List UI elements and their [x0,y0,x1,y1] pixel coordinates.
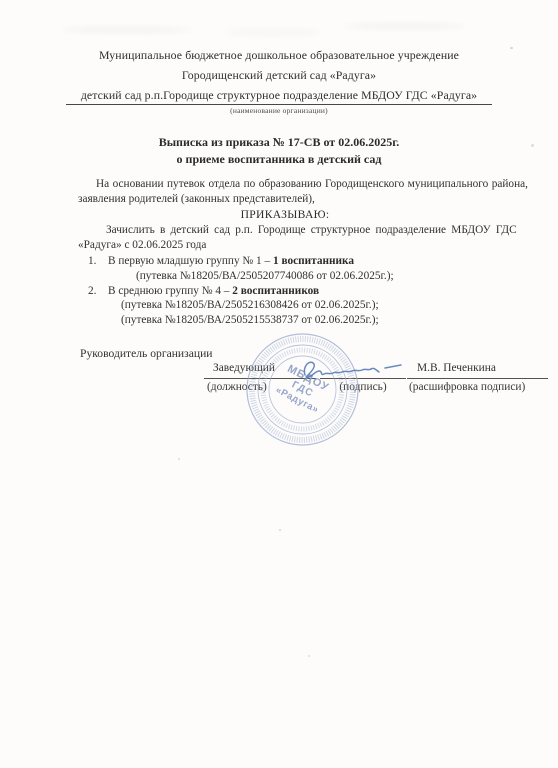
enrollment-line2: «Радуга» с 02.06.2025 года [78,238,490,253]
group-text: В среднюю группу № 4 – [108,285,232,297]
org-name-line1: Муниципальное бюджетное дошкольное образ… [66,45,492,65]
group-text: В первую младшую группу № 1 – [108,255,273,267]
list-item: 2. В среднюю группу № 4 – 2 воспитаннико… [88,284,508,328]
signature-column: (подпись) [320,362,406,393]
preamble-line2: заявления родителей (законных представит… [78,192,490,207]
enrollment-list: 1. В первую младшую группу № 1 – 1 воспи… [88,254,508,328]
order-title: Выписка из приказа № 17-СВ от 02.06.2025… [66,134,492,168]
list-item-text: В первую младшую группу № 1 – 1 воспитан… [108,254,508,269]
scan-speck [308,655,310,657]
scan-speck [279,529,281,531]
name-column: М.В. Печенкина (расшифровка подписи) [407,362,548,393]
scan-speck [510,47,513,49]
scan-speck [531,144,534,147]
scan-smudge [62,27,192,33]
order-title-line1: Выписка из приказа № 17-СВ от 02.06.2025… [66,134,492,151]
voucher-line: (путевка №18205/ВА/2505207740086 от 02.0… [108,269,508,284]
order-title-line2: о приеме воспитанника в детский сад [66,151,492,168]
org-name-line3: детский сад р.п.Городище структурное под… [66,85,492,105]
signature-caption: (подпись) [320,379,406,393]
scan-speck [178,458,180,460]
scan-smudge [345,23,465,29]
preamble-line1: На основании путевок отдела по образован… [78,177,490,192]
enrollment-line1: Зачислить в детский сад р.п. Городище ст… [78,223,490,238]
document-page: Муниципальное бюджетное дошкольное образ… [0,0,558,768]
org-header: Муниципальное бюджетное дошкольное образ… [66,45,492,116]
list-item: 1. В первую младшую группу № 1 – 1 воспи… [88,254,508,284]
pupil-count: 1 воспитанника [273,255,354,267]
position-column: Заведующий (должность) [204,362,316,393]
org-name-line2: Городищенский детский сад «Радуга» [66,65,492,85]
list-item-number: 2. [88,284,96,299]
name-value: М.В. Печенкина [407,362,548,379]
leader-label: Руководитель организации [80,347,212,360]
preamble-paragraph: На основании путевок отдела по образован… [78,177,490,207]
signature-line [320,362,406,379]
enrollment-paragraph: Зачислить в детский сад р.п. Городище ст… [78,223,490,253]
org-name-caption: (наименование организации) [66,106,492,116]
scan-smudge [225,30,320,35]
order-word: ПРИКАЗЫВАЮ: [80,208,490,221]
position-caption: (должность) [204,379,316,393]
list-item-text: В среднюю группу № 4 – 2 воспитанников [108,284,508,299]
name-caption: (расшифровка подписи) [407,379,548,393]
list-item-number: 1. [88,254,96,269]
position-value: Заведующий [204,362,316,379]
voucher-line: (путевка №18205/ВА/2505215538737 от 02.0… [108,313,508,328]
pupil-count: 2 воспитанников [232,285,319,297]
voucher-line: (путевка №18205/ВА/2505216308426 от 02.0… [108,298,508,313]
